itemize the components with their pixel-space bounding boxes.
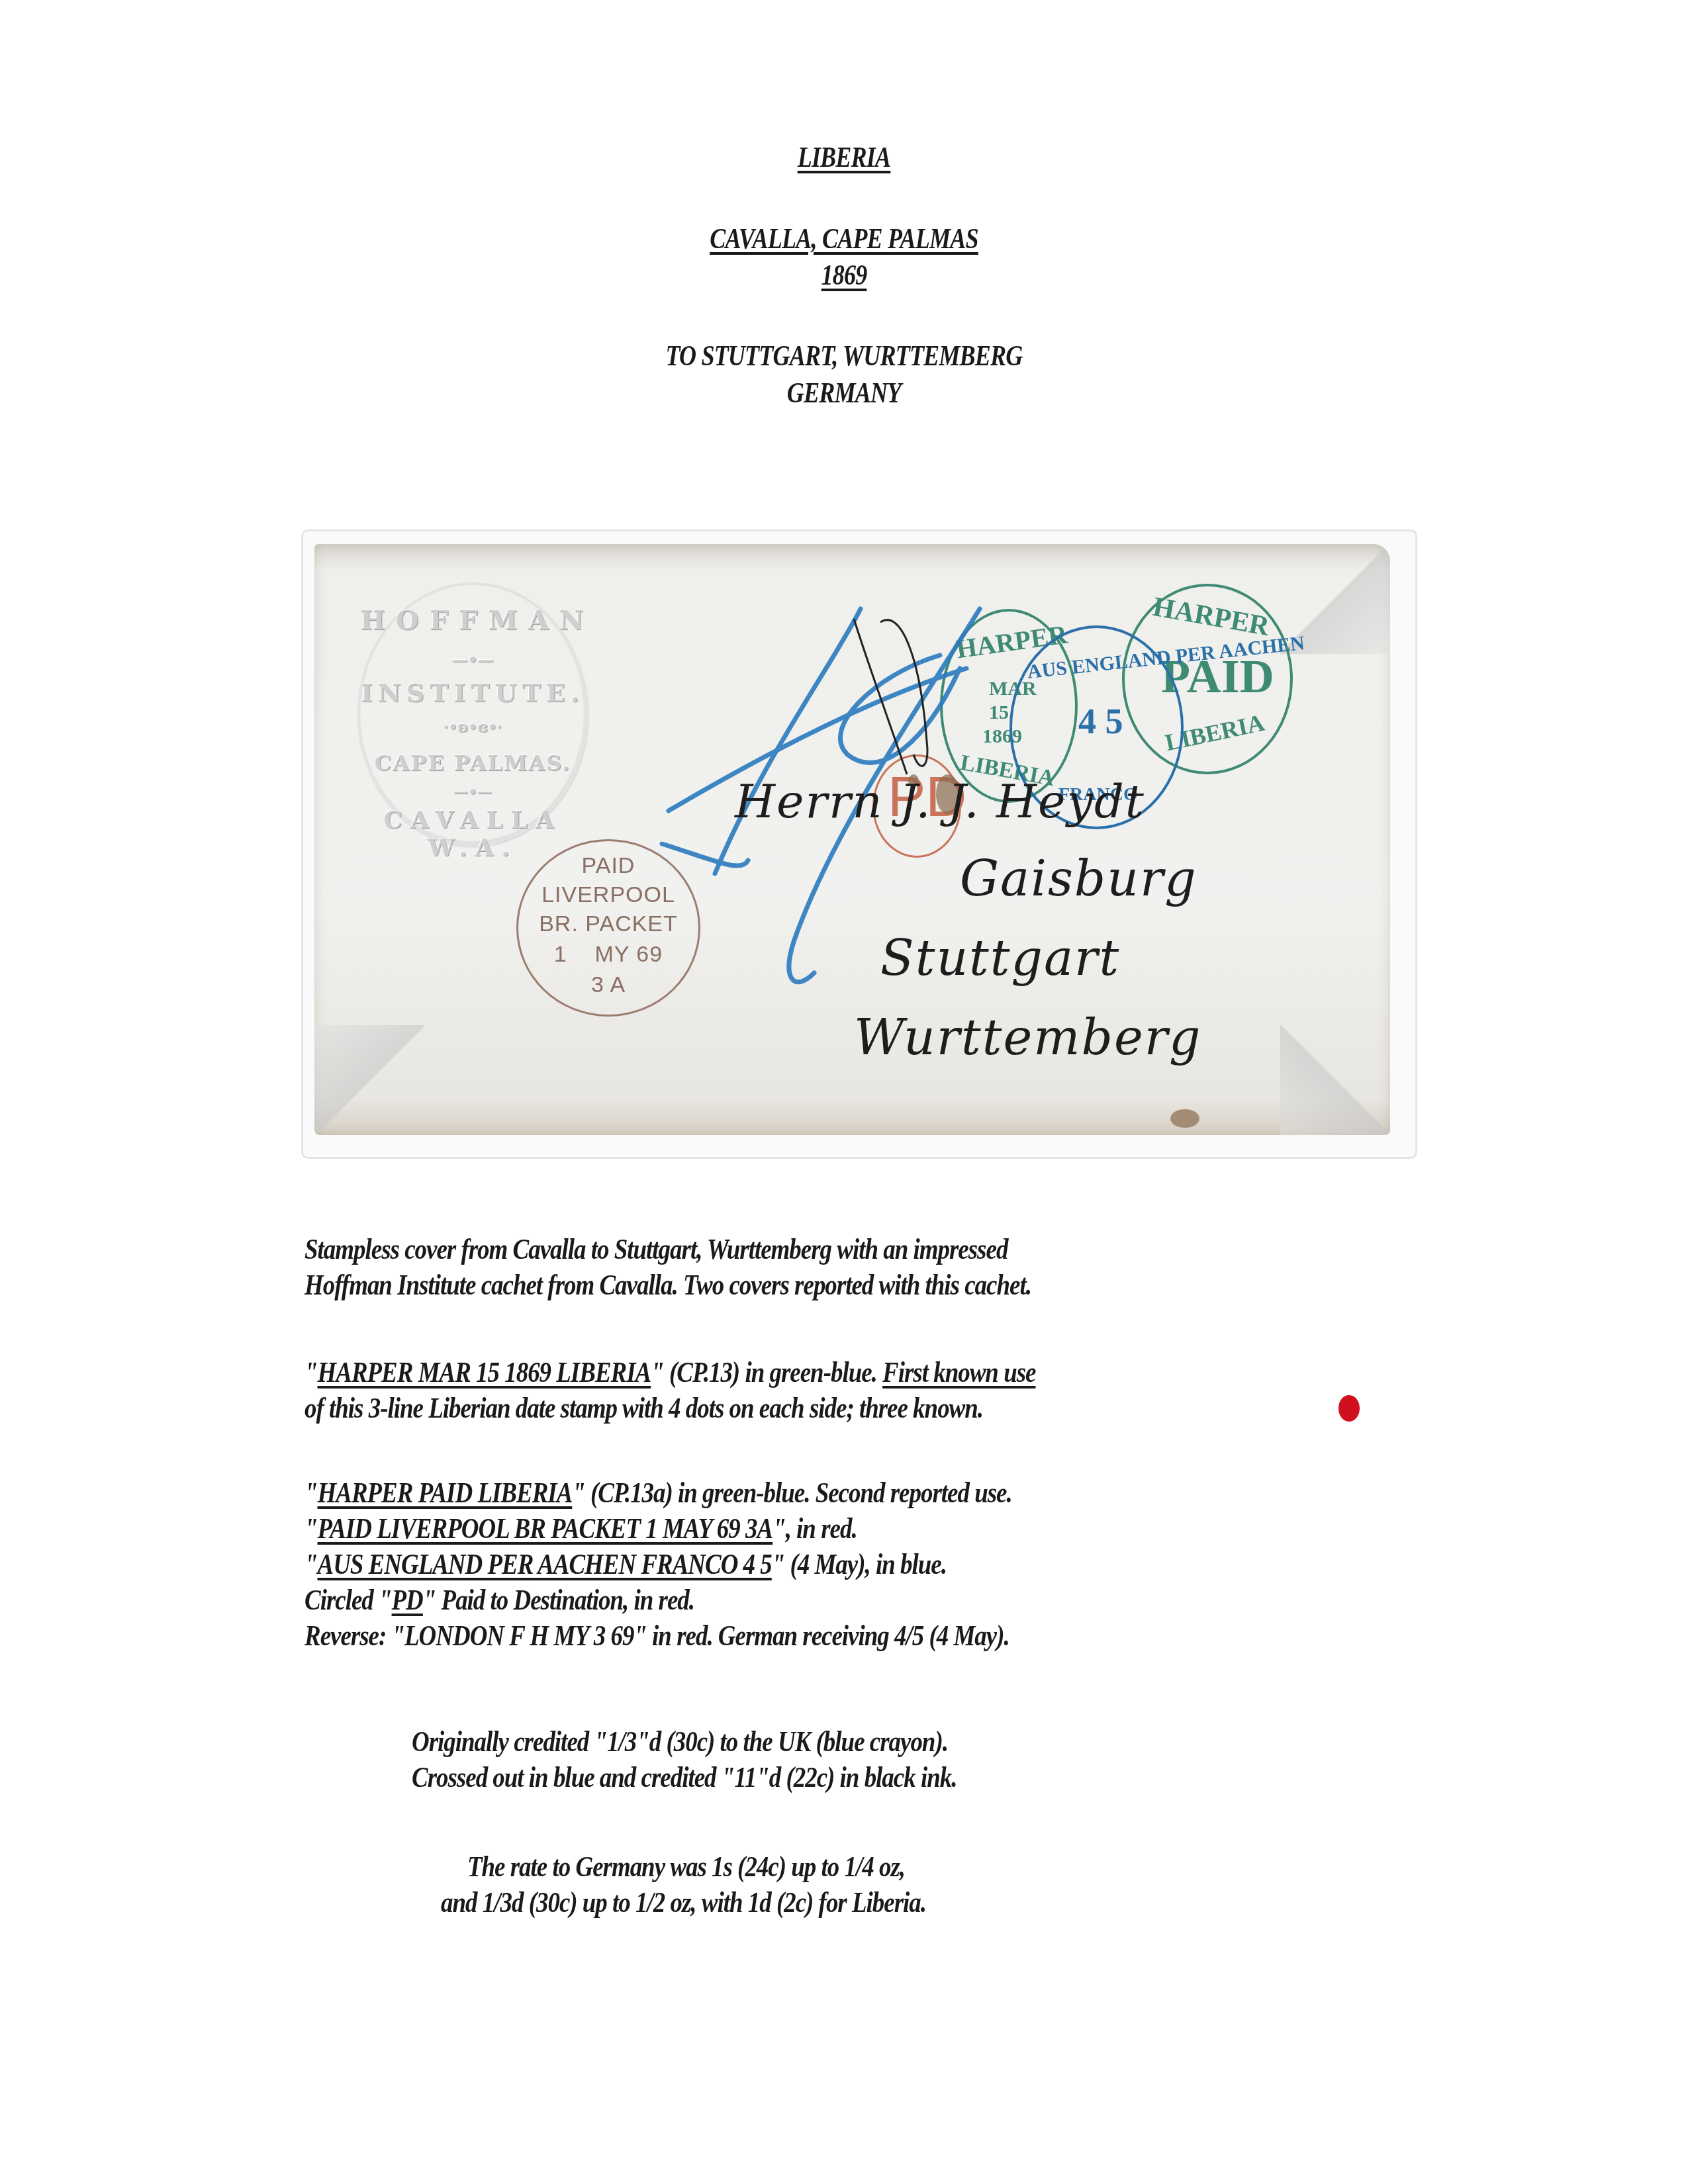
harper-paid-description: "HARPER PAID LIBERIA" (CP.13a) in green-… bbox=[305, 1476, 1012, 1510]
rate-line2: and 1/3d (30c) up to 1/2 oz, with 1d (2c… bbox=[441, 1886, 926, 1919]
circled-pd-description: Circled "PD" Paid to Destination, in red… bbox=[305, 1583, 694, 1617]
aachen-description: "AUS ENGLAND PER AACHEN FRANCO 4 5" (4 M… bbox=[305, 1547, 947, 1581]
address-line-state: Wurttemberg bbox=[854, 1009, 1201, 1066]
mark-name: HARPER PAID LIBERIA bbox=[318, 1477, 573, 1509]
pd-mark: PD bbox=[392, 1584, 423, 1616]
reverse-description: Reverse: "LONDON F H MY 3 69" in red. Ge… bbox=[305, 1619, 1009, 1653]
quote: " bbox=[305, 1548, 318, 1580]
harper-datestamp-description-line2: of this 3-line Liberian date stamp with … bbox=[305, 1391, 983, 1425]
description-intro-line2: Hoffman Institute cachet from Cavalla. T… bbox=[305, 1268, 1031, 1302]
mark-detail: " (4 May), in blue. bbox=[772, 1548, 947, 1580]
mark-name: HARPER MAR 15 1869 LIBERIA bbox=[318, 1356, 651, 1388]
album-page: LIBERIA CAVALLA, CAPE PALMAS 1869 TO STU… bbox=[0, 0, 1688, 2184]
address-line-recipient: Herrn J. J. Heydt bbox=[735, 774, 1145, 829]
credit-line1: Originally credited "1/3"d (30c) to the … bbox=[412, 1725, 948, 1758]
address-line-city: Stuttgart bbox=[880, 930, 1120, 987]
mark-name: AUS ENGLAND PER AACHEN FRANCO 4 5 bbox=[318, 1548, 772, 1580]
quote: " bbox=[305, 1356, 318, 1388]
quote: " bbox=[305, 1477, 318, 1509]
quote: " bbox=[305, 1512, 318, 1545]
pd-before: Circled " bbox=[305, 1584, 392, 1616]
harper-datestamp-description: "HARPER MAR 15 1869 LIBERIA" (CP.13) in … bbox=[305, 1355, 1035, 1389]
mark-detail: " (CP.13a) in green-blue. Second reporte… bbox=[572, 1477, 1011, 1509]
first-known-use: First known use bbox=[882, 1356, 1035, 1388]
description-intro-line1: Stampless cover from Cavalla to Stuttgar… bbox=[305, 1232, 1008, 1266]
mark-detail: ", in red. bbox=[773, 1512, 857, 1545]
address-line-locality: Gaisburg bbox=[960, 850, 1197, 907]
red-dot-marker bbox=[1338, 1395, 1360, 1422]
credit-line2: Crossed out in blue and credited "11"d (… bbox=[412, 1760, 957, 1794]
mark-detail: " (CP.13) in green-blue. bbox=[651, 1356, 882, 1388]
liverpool-description: "PAID LIVERPOOL BR PACKET 1 MAY 69 3A", … bbox=[305, 1512, 857, 1545]
rate-line1: The rate to Germany was 1s (24c) up to 1… bbox=[467, 1850, 905, 1884]
pd-after: " Paid to Destination, in red. bbox=[423, 1584, 694, 1616]
mark-name: PAID LIVERPOOL BR PACKET 1 MAY 69 3A bbox=[318, 1512, 773, 1545]
